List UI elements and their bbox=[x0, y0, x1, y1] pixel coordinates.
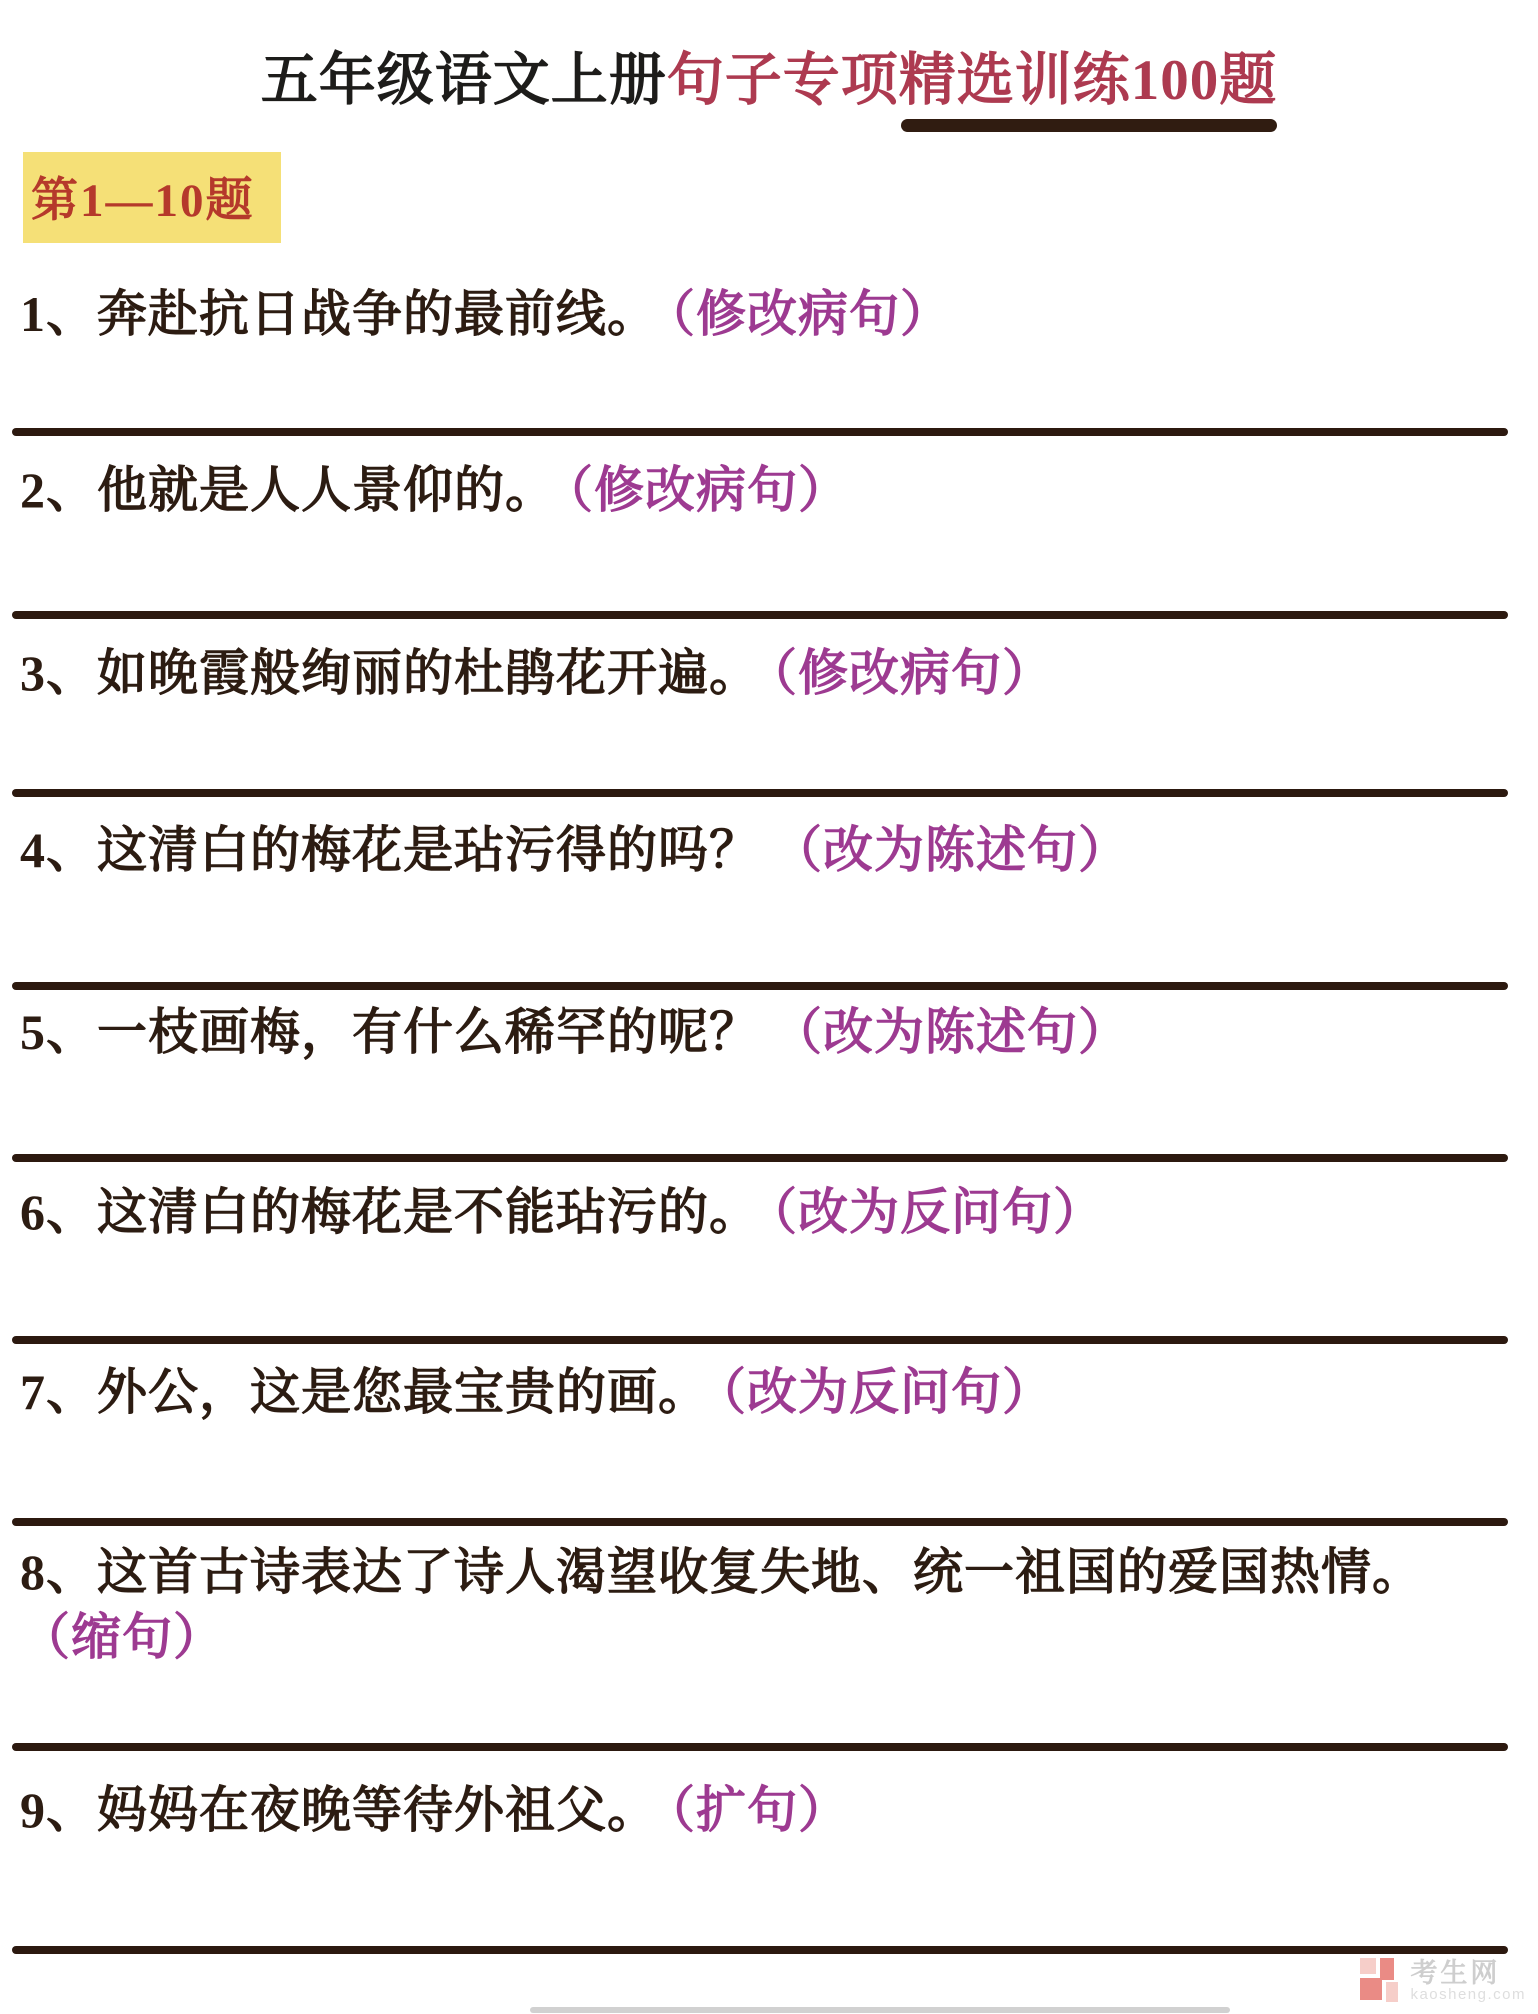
question-8-instruction: （缩句） bbox=[20, 1605, 1520, 1670]
question-divider bbox=[12, 1946, 1508, 1954]
question-1: 1、奔赴抗日战争的最前线。（修改病句） bbox=[20, 282, 1520, 347]
question-6-text: 6、这清白的梅花是不能玷污的。 bbox=[20, 1184, 760, 1240]
question-7-instruction: （改为反问句） bbox=[721, 1364, 1053, 1420]
question-2: 2、他就是人人景仰的。（修改病句） bbox=[20, 458, 1520, 523]
partial-bottom-divider bbox=[530, 2007, 1230, 2013]
question-4-text: 4、这清白的梅花是玷污得的吗？ bbox=[20, 822, 760, 878]
watermark-site-url: kaosheng.com bbox=[1410, 1987, 1526, 2003]
question-9-instruction: （扩句） bbox=[670, 1782, 849, 1838]
site-watermark: 考生网 kaosheng.com bbox=[1360, 1958, 1526, 2004]
question-3: 3、如晚霞般绚丽的杜鹃花开遍。（修改病句） bbox=[20, 641, 1520, 706]
question-9: 9、妈妈在夜晚等待外祖父。（扩句） bbox=[20, 1778, 1520, 1843]
question-1-instruction: （修改病句） bbox=[670, 286, 951, 342]
question-6-instruction: （改为反问句） bbox=[772, 1184, 1104, 1240]
question-4-instruction: （改为陈述句） bbox=[772, 822, 1129, 878]
question-divider bbox=[12, 611, 1508, 619]
kaosheng-logo-icon bbox=[1360, 1958, 1400, 2004]
question-7: 7、外公，这是您最宝贵的画。（改为反问句） bbox=[20, 1360, 1520, 1425]
question-divider bbox=[12, 428, 1508, 436]
worksheet-page: 五年级语文上册句子专项精选训练100题 第1—10题 1、奔赴抗日战争的最前线。… bbox=[0, 0, 1538, 2014]
watermark-text: 考生网 kaosheng.com bbox=[1410, 1959, 1526, 2003]
title-red-part: 句子专项 bbox=[667, 49, 899, 112]
page-title: 五年级语文上册句子专项精选训练100题 bbox=[0, 34, 1538, 116]
question-2-text: 2、他就是人人景仰的。 bbox=[20, 462, 556, 518]
question-9-text: 9、妈妈在夜晚等待外祖父。 bbox=[20, 1782, 658, 1838]
question-4: 4、这清白的梅花是玷污得的吗？（改为陈述句） bbox=[20, 818, 1520, 883]
question-5: 5、一枝画梅，有什么稀罕的呢？（改为陈述句） bbox=[20, 1000, 1520, 1065]
question-3-text: 3、如晚霞般绚丽的杜鹃花开遍。 bbox=[20, 645, 760, 701]
watermark-site-name: 考生网 bbox=[1410, 1959, 1526, 1987]
question-3-instruction: （修改病句） bbox=[772, 645, 1053, 701]
title-black-part: 五年级语文上册 bbox=[261, 49, 667, 112]
title-red-underlined-part: 精选训练100题 bbox=[899, 34, 1278, 116]
question-divider bbox=[12, 1518, 1508, 1526]
question-8: 8、这首古诗表达了诗人渴望收复失地、统一祖国的爱国热情。（缩句） bbox=[20, 1540, 1520, 1670]
section-badge: 第1—10题 bbox=[23, 152, 281, 243]
question-6: 6、这清白的梅花是不能玷污的。（改为反问句） bbox=[20, 1180, 1520, 1245]
question-divider bbox=[12, 1336, 1508, 1344]
question-5-text: 5、一枝画梅，有什么稀罕的呢？ bbox=[20, 1004, 760, 1060]
question-divider bbox=[12, 1154, 1508, 1162]
question-divider bbox=[12, 982, 1508, 990]
question-divider bbox=[12, 1743, 1508, 1751]
question-5-instruction: （改为陈述句） bbox=[772, 1004, 1129, 1060]
question-8-text: 8、这首古诗表达了诗人渴望收复失地、统一祖国的爱国热情。 bbox=[20, 1544, 1423, 1600]
question-2-instruction: （修改病句） bbox=[568, 462, 849, 518]
question-1-text: 1、奔赴抗日战争的最前线。 bbox=[20, 286, 658, 342]
question-7-text: 7、外公，这是您最宝贵的画。 bbox=[20, 1364, 709, 1420]
question-divider bbox=[12, 789, 1508, 797]
